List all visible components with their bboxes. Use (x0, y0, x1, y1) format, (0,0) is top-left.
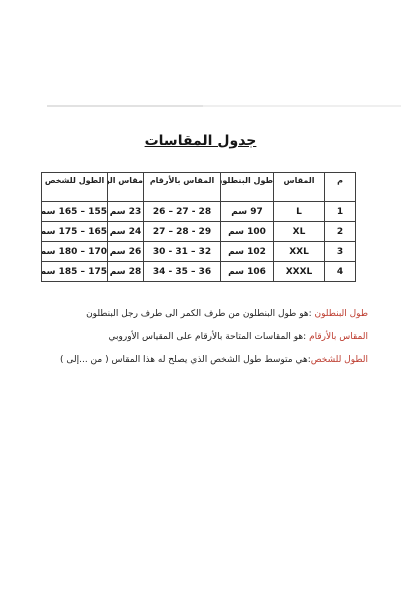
cell-size: XXL (274, 242, 325, 262)
size-chart-table: م المقاس طول البنطلون المقاس بالأرقام مق… (41, 172, 356, 282)
cell-numeric-sizes: 34 - 35 – 36 (144, 262, 221, 282)
cell-hip-size: 23 سم (108, 202, 144, 222)
column-header-hip-size: مقاس الورك (108, 173, 144, 202)
table-row: 4 XXXL 106 سم 34 - 35 – 36 28 سم 175 – 1… (42, 262, 356, 282)
column-header-person-height: الطول للشخص (42, 173, 108, 202)
footnote-term: المقاس بالأرقام (309, 332, 368, 342)
document-page: جدول المقاسات م المقاس طول البنطلون المق… (0, 0, 401, 601)
cell-numeric-sizes: 27 – 28 - 29 (144, 222, 221, 242)
column-header-size: المقاس (274, 173, 325, 202)
cell-hip-size: 28 سم (108, 262, 144, 282)
cell-pants-length: 106 سم (221, 262, 274, 282)
cell-pants-length: 102 سم (221, 242, 274, 262)
table-row: 2 XL 100 سم 27 – 28 - 29 24 سم 165 – 175… (42, 222, 356, 242)
footnote-term: الطول للشخص (311, 355, 368, 365)
scan-artifact-line (47, 105, 401, 107)
table-row: 1 L 97 سم 26 – 27 - 28 23 سم 155 – 165 س… (42, 202, 356, 222)
footnote-text: :هي متوسط طول الشخص الذي يصلح له هذا الم… (60, 355, 311, 365)
cell-person-height: 170 – 180 سم (42, 242, 108, 262)
cell-index: 4 (325, 262, 356, 282)
cell-person-height: 175 – 185 سم (42, 262, 108, 282)
cell-person-height: 155 – 165 سم (42, 202, 108, 222)
page-title: جدول المقاسات (0, 133, 401, 149)
cell-index: 3 (325, 242, 356, 262)
column-header-pants-length: طول البنطلون (221, 173, 274, 202)
table-header-row: م المقاس طول البنطلون المقاس بالأرقام مق… (42, 173, 356, 202)
cell-size: XL (274, 222, 325, 242)
column-header-index: م (325, 173, 356, 202)
footnote-numeric-sizes: المقاس بالأرقام :هو المقاسات المتاحة بال… (40, 326, 368, 349)
cell-index: 2 (325, 222, 356, 242)
cell-person-height: 165 – 175 سم (42, 222, 108, 242)
cell-hip-size: 24 سم (108, 222, 144, 242)
cell-pants-length: 100 سم (221, 222, 274, 242)
column-header-numeric-sizes: المقاس بالأرقام (144, 173, 221, 202)
footnote-text: :هو المقاسات المتاحة بالأرقام على المقيا… (109, 332, 310, 342)
footnotes-block: طول البنطلون :هو طول البنطلون من طرف الك… (40, 303, 368, 372)
footnote-pants-length: طول البنطلون :هو طول البنطلون من طرف الك… (40, 303, 368, 326)
footnote-term: طول البنطلون (314, 309, 368, 319)
cell-size: L (274, 202, 325, 222)
table-row: 3 XXL 102 سم 30 - 31 – 32 26 سم 170 – 18… (42, 242, 356, 262)
footnote-person-height: الطول للشخص:هي متوسط طول الشخص الذي يصلح… (40, 349, 368, 372)
cell-size: XXXL (274, 262, 325, 282)
cell-index: 1 (325, 202, 356, 222)
cell-hip-size: 26 سم (108, 242, 144, 262)
cell-numeric-sizes: 26 – 27 - 28 (144, 202, 221, 222)
footnote-text: :هو طول البنطلون من طرف الكمر الى طرف رج… (86, 309, 314, 319)
cell-numeric-sizes: 30 - 31 – 32 (144, 242, 221, 262)
cell-pants-length: 97 سم (221, 202, 274, 222)
